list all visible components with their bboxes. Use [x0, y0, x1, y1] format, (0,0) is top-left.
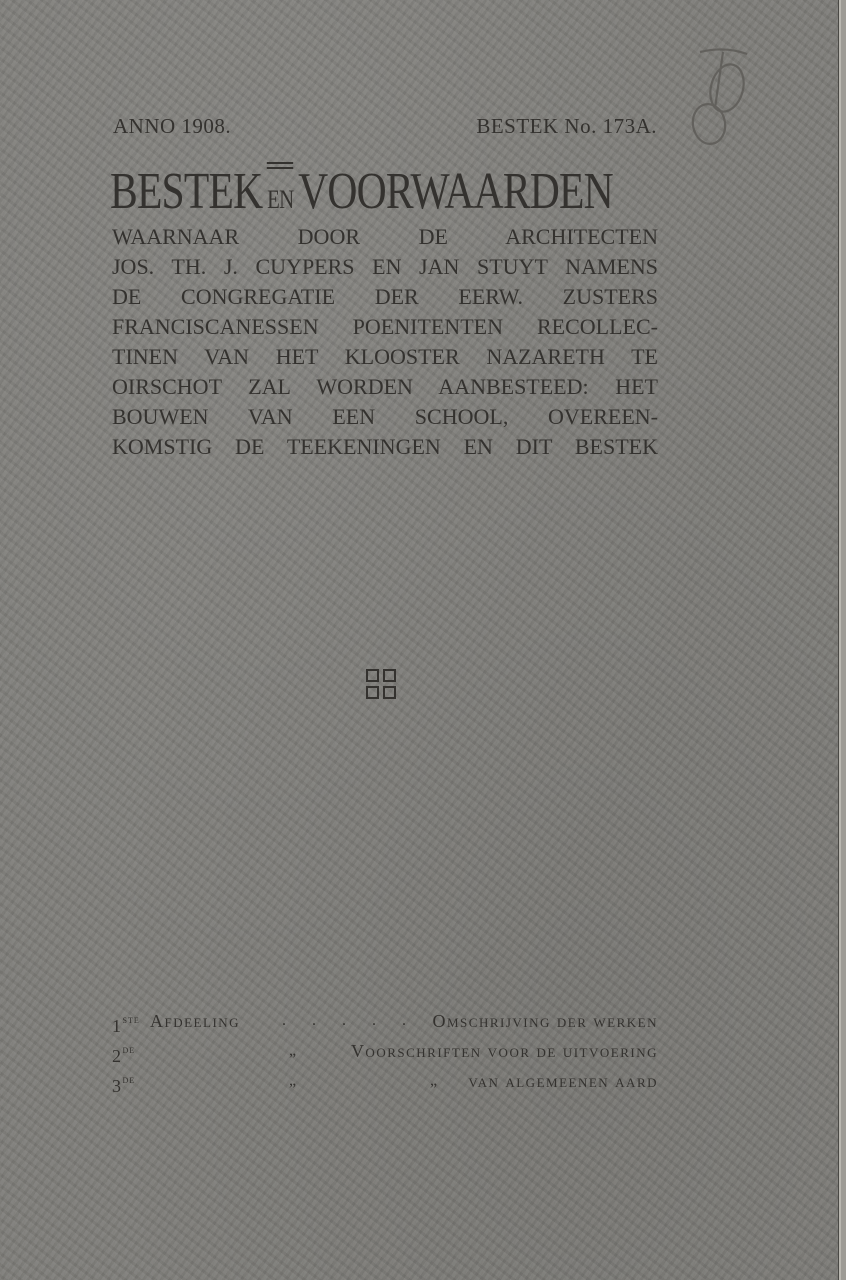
- body-line: BOUWEN VAN EEN SCHOOL, OVEREEN-: [112, 402, 658, 432]
- sections-list: 1STE Afdeeling . . . . . Omschrijving de…: [112, 1006, 658, 1096]
- section-suffix: DE: [123, 1076, 136, 1085]
- section-row: 2DE „ Voorschriften voor de uitvoering: [112, 1036, 658, 1066]
- body-line: KOMSTIG DE TEEKENINGEN EN DIT BESTEK: [112, 432, 658, 462]
- title-part2: VOORWAARDEN: [298, 163, 613, 220]
- section-row: 1STE Afdeeling . . . . . Omschrijving de…: [112, 1006, 658, 1036]
- ornament-square: [366, 686, 379, 699]
- bestek-number: BESTEK No. 173A.: [476, 114, 657, 139]
- section-suffix: STE: [123, 1016, 140, 1025]
- section-suffix: DE: [123, 1046, 136, 1055]
- page-edge: [838, 0, 846, 1280]
- body-line: WAARNAAR DOOR DE ARCHITECTEN: [112, 222, 658, 252]
- section-description: van algemeenen aard: [468, 1066, 658, 1096]
- document-title: BESTEKENVOORWAARDEN: [110, 166, 550, 226]
- section-number: 3DE: [112, 1066, 135, 1101]
- ditto-mark: „: [289, 1036, 298, 1066]
- ditto-mark: „: [430, 1066, 439, 1096]
- title-part1: BESTEK: [110, 163, 262, 220]
- body-line: DE CONGREGATIE DER EERW. ZUSTERS: [112, 282, 658, 312]
- title-conjunction: EN: [267, 174, 293, 226]
- body-line: JOS. TH. J. CUYPERS EN JAN STUYT NAMENS: [112, 252, 658, 282]
- ornament-square: [383, 669, 396, 682]
- section-row: 3DE „ „ van algemeenen aard: [112, 1066, 658, 1096]
- monogram-icon: [685, 38, 755, 148]
- dot-leader: . . . . .: [282, 1006, 417, 1036]
- section-description: Voorschriften voor de uitvoering: [351, 1036, 658, 1066]
- ornament-square: [366, 669, 379, 682]
- header-row: ANNO 1908. BESTEK No. 173A.: [113, 114, 657, 139]
- body-line: OIRSCHOT ZAL WORDEN AANBESTEED: HET: [112, 372, 658, 402]
- year-label: ANNO 1908.: [113, 114, 231, 139]
- section-num: 2: [112, 1046, 123, 1066]
- section-description: Omschrijving der werken: [433, 1006, 659, 1036]
- body-line: FRANCISCANESSEN POENITENTEN RECOLLEC-: [112, 312, 658, 342]
- section-num: 1: [112, 1016, 123, 1036]
- body-line: TINEN VAN HET KLOOSTER NAZARETH TE: [112, 342, 658, 372]
- ditto-mark: „: [289, 1066, 298, 1096]
- ornament-square: [383, 686, 396, 699]
- four-squares-ornament-icon: [366, 669, 400, 701]
- description-paragraph: WAARNAAR DOOR DE ARCHITECTEN JOS. TH. J.…: [112, 222, 658, 462]
- section-label: Afdeeling: [150, 1006, 240, 1036]
- section-num: 3: [112, 1076, 123, 1096]
